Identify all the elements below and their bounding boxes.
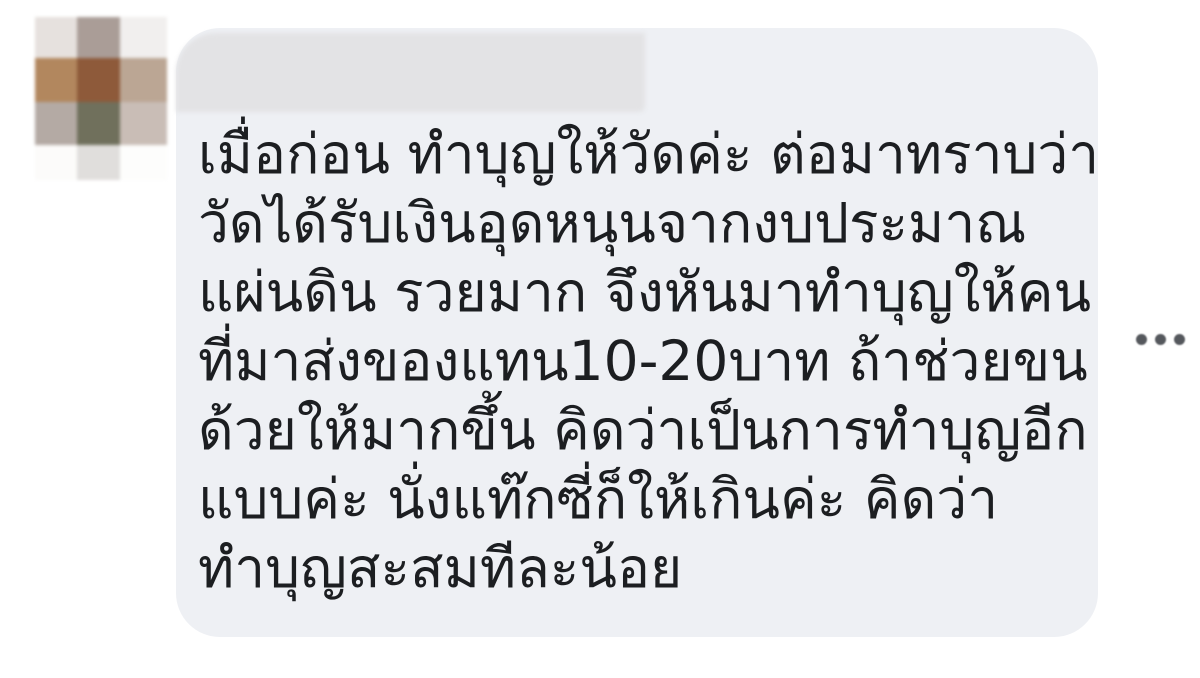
avatar-pixel	[35, 145, 77, 180]
avatar-pixel	[35, 58, 77, 102]
comment-text-line: วัดได้รับเงินอุดหนุนจากงบประมาณ	[198, 189, 1078, 258]
avatar-pixel	[35, 102, 77, 145]
avatar-pixel	[120, 58, 167, 102]
comment-text-line: แผ่นดิน รวยมาก จึงหันมาทำบุญให้คน	[198, 258, 1078, 327]
comment-text-line: แบบค่ะ นั่งแท๊กซี่ก็ให้เกินค่ะ คิดว่า	[198, 465, 1078, 534]
avatar-pixel	[77, 102, 120, 145]
redacted-author-name[interactable]	[176, 33, 645, 112]
comment-thread: เมื่อก่อน ทำบุญให้วัดค่ะ ต่อมาทราบว่าวัด…	[0, 0, 1200, 678]
comment-text-line: ที่มาส่งของแทน10-20บาท ถ้าช่วยขน	[198, 327, 1078, 396]
avatar-pixel	[120, 145, 167, 180]
avatar-pixel	[77, 145, 120, 180]
ellipsis-horizontal-icon	[1136, 334, 1185, 345]
comment-text-line: ด้วยให้มากขึ้น คิดว่าเป็นการทำบุญอีก	[198, 396, 1078, 465]
ellipsis-dot	[1174, 334, 1185, 345]
ellipsis-dot	[1136, 334, 1147, 345]
avatar-pixel	[120, 17, 167, 58]
avatar-pixel	[35, 17, 77, 58]
avatar-pixel	[120, 102, 167, 145]
ellipsis-dot	[1155, 334, 1166, 345]
comment-text-line: เมื่อก่อน ทำบุญให้วัดค่ะ ต่อมาทราบว่า	[198, 120, 1078, 189]
comment-text-line: ทำบุญสะสมทีละน้อย	[198, 534, 1078, 603]
avatar[interactable]	[35, 17, 167, 180]
comment-text: เมื่อก่อน ทำบุญให้วัดค่ะ ต่อมาทราบว่าวัด…	[198, 120, 1078, 603]
avatar-pixel	[77, 17, 120, 58]
avatar-pixel	[77, 58, 120, 102]
more-options-button[interactable]	[1136, 325, 1200, 353]
comment-bubble: เมื่อก่อน ทำบุญให้วัดค่ะ ต่อมาทราบว่าวัด…	[176, 28, 1098, 637]
